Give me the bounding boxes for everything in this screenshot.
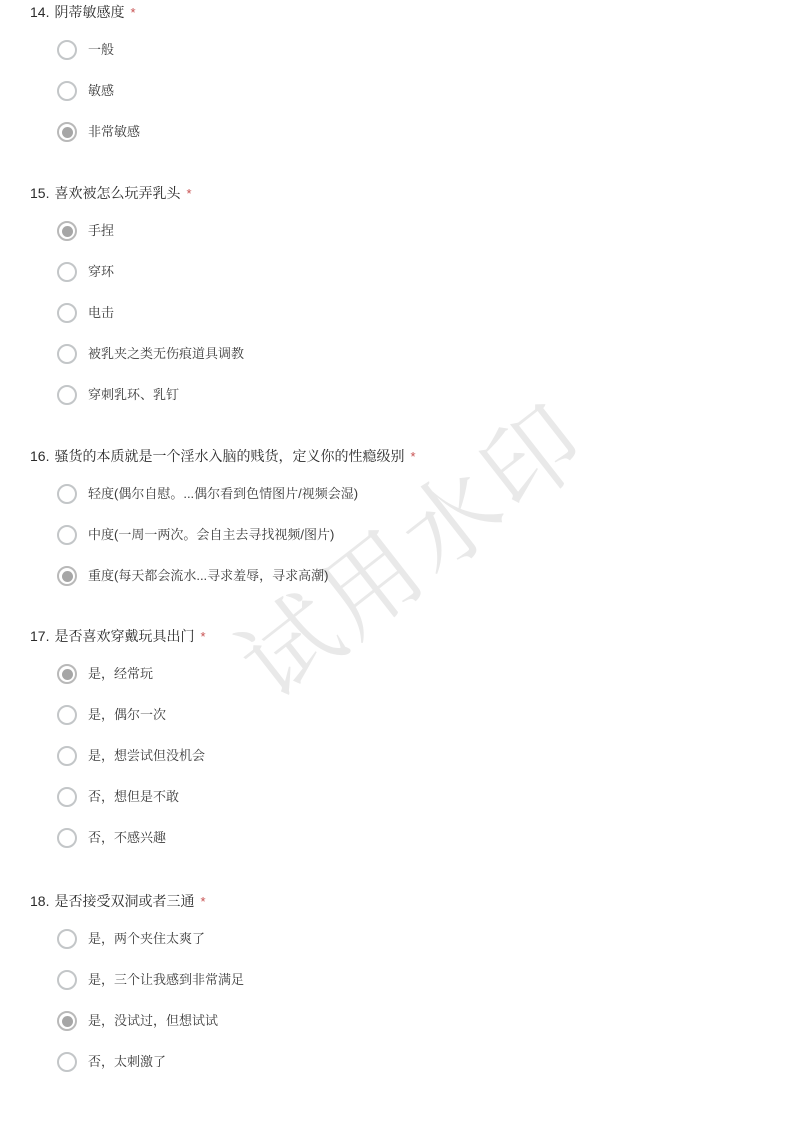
question-title-text: 骚货的本质就是一个淫水入脑的贱货，定义你的性瘾级别 <box>54 448 404 464</box>
question-title: 16.骚货的本质就是一个淫水入脑的贱货，定义你的性瘾级别* <box>30 446 773 467</box>
question-16: 16.骚货的本质就是一个淫水入脑的贱货，定义你的性瘾级别* 轻度(偶尔自慰。..… <box>30 446 773 607</box>
question-title: 15.喜欢被怎么玩弄乳头* <box>30 183 773 204</box>
radio-button-icon[interactable] <box>57 344 77 364</box>
radio-option-label: 一般 <box>88 40 114 60</box>
options-list: 是，经常玩 是，偶尔一次 是，想尝试但没机会 否，想但是不敢 否，不感兴趣 <box>57 664 773 848</box>
radio-button-icon[interactable] <box>57 746 77 766</box>
radio-option[interactable]: 穿刺乳环、乳钉 <box>57 385 773 405</box>
question-number: 14. <box>30 4 49 20</box>
radio-option[interactable]: 是，想尝试但没机会 <box>57 746 773 766</box>
radio-option[interactable]: 敏感 <box>57 81 773 101</box>
radio-button-icon[interactable] <box>57 828 77 848</box>
question-number: 17. <box>30 628 49 644</box>
radio-button-icon[interactable] <box>57 787 77 807</box>
question-15: 15.喜欢被怎么玩弄乳头* 手捏 穿环 电击 被乳夹之类无伤痕道具调教 穿刺乳环… <box>30 183 773 426</box>
options-list: 轻度(偶尔自慰。...偶尔看到色情图片/视频会湿) 中度(一周一两次。会自主去寻… <box>57 484 773 586</box>
radio-option-label: 否，太刺激了 <box>88 1052 166 1072</box>
radio-button-icon[interactable] <box>57 970 77 990</box>
radio-button-icon[interactable] <box>57 929 77 949</box>
radio-option-label: 是，经常玩 <box>88 664 153 684</box>
radio-option-label: 是，没试过，但想试试 <box>88 1011 218 1031</box>
radio-dot-icon <box>62 226 73 237</box>
radio-button-icon[interactable] <box>57 303 77 323</box>
radio-option[interactable]: 电击 <box>57 303 773 323</box>
radio-option[interactable]: 中度(一周一两次。会自主去寻找视频/图片) <box>57 525 773 545</box>
radio-button-icon[interactable] <box>57 484 77 504</box>
radio-option-label: 否，不感兴趣 <box>88 828 166 848</box>
radio-option[interactable]: 重度(每天都会流水...寻求羞辱，寻求高潮) <box>57 566 773 586</box>
form-page: 试用水印 14.阴蒂敏感度* 一般 敏感 非常敏感 15.喜欢被怎么玩弄乳头* <box>0 0 793 1123</box>
question-title: 14.阴蒂敏感度* <box>30 2 773 23</box>
radio-button-icon[interactable] <box>57 705 77 725</box>
radio-option-label: 是，偶尔一次 <box>88 705 166 725</box>
question-17: 17.是否喜欢穿戴玩具出门* 是，经常玩 是，偶尔一次 是，想尝试但没机会 否，… <box>30 626 773 869</box>
radio-button-icon[interactable] <box>57 525 77 545</box>
options-list: 手捏 穿环 电击 被乳夹之类无伤痕道具调教 穿刺乳环、乳钉 <box>57 221 773 405</box>
radio-dot-icon <box>62 571 73 582</box>
radio-option[interactable]: 是，三个让我感到非常满足 <box>57 970 773 990</box>
radio-option-label: 重度(每天都会流水...寻求羞辱，寻求高潮) <box>88 566 329 586</box>
radio-option[interactable]: 被乳夹之类无伤痕道具调教 <box>57 344 773 364</box>
radio-button-icon[interactable] <box>57 566 77 586</box>
radio-option-label: 电击 <box>88 303 114 323</box>
required-asterisk: * <box>200 629 205 644</box>
required-asterisk: * <box>410 449 415 464</box>
required-asterisk: * <box>130 5 135 20</box>
radio-option-label: 是，三个让我感到非常满足 <box>88 970 244 990</box>
required-asterisk: * <box>200 894 205 909</box>
question-title-text: 是否喜欢穿戴玩具出门 <box>54 628 194 644</box>
question-title-text: 阴蒂敏感度 <box>54 4 124 20</box>
radio-option-label: 手捏 <box>88 221 114 241</box>
radio-option-label: 是，两个夹住太爽了 <box>88 929 205 949</box>
radio-option[interactable]: 非常敏感 <box>57 122 773 142</box>
question-number: 18. <box>30 893 49 909</box>
radio-option-label: 中度(一周一两次。会自主去寻找视频/图片) <box>88 525 334 545</box>
radio-option[interactable]: 是，两个夹住太爽了 <box>57 929 773 949</box>
radio-option-label: 被乳夹之类无伤痕道具调教 <box>88 344 244 364</box>
radio-option-label: 敏感 <box>88 81 114 101</box>
radio-button-icon[interactable] <box>57 81 77 101</box>
question-number: 15. <box>30 185 49 201</box>
radio-option[interactable]: 是，没试过，但想试试 <box>57 1011 773 1031</box>
radio-button-icon[interactable] <box>57 122 77 142</box>
question-number: 16. <box>30 448 49 464</box>
options-list: 一般 敏感 非常敏感 <box>57 40 773 142</box>
radio-dot-icon <box>62 1016 73 1027</box>
radio-option[interactable]: 是，偶尔一次 <box>57 705 773 725</box>
question-18: 18.是否接受双洞或者三通* 是，两个夹住太爽了 是，三个让我感到非常满足 是，… <box>30 891 773 1093</box>
question-14: 14.阴蒂敏感度* 一般 敏感 非常敏感 <box>30 2 773 163</box>
radio-option[interactable]: 手捏 <box>57 221 773 241</box>
radio-option-label: 穿刺乳环、乳钉 <box>88 385 179 405</box>
radio-option[interactable]: 轻度(偶尔自慰。...偶尔看到色情图片/视频会湿) <box>57 484 773 504</box>
question-title-text: 喜欢被怎么玩弄乳头 <box>54 185 180 201</box>
radio-dot-icon <box>62 127 73 138</box>
radio-button-icon[interactable] <box>57 40 77 60</box>
radio-option[interactable]: 是，经常玩 <box>57 664 773 684</box>
radio-option-label: 是，想尝试但没机会 <box>88 746 205 766</box>
radio-option-label: 非常敏感 <box>88 122 140 142</box>
radio-button-icon[interactable] <box>57 664 77 684</box>
question-title: 17.是否喜欢穿戴玩具出门* <box>30 626 773 647</box>
radio-option-label: 穿环 <box>88 262 114 282</box>
radio-option[interactable]: 否，太刺激了 <box>57 1052 773 1072</box>
radio-button-icon[interactable] <box>57 262 77 282</box>
radio-option[interactable]: 一般 <box>57 40 773 60</box>
radio-button-icon[interactable] <box>57 221 77 241</box>
question-title-text: 是否接受双洞或者三通 <box>54 893 194 909</box>
radio-button-icon[interactable] <box>57 1011 77 1031</box>
question-title: 18.是否接受双洞或者三通* <box>30 891 773 912</box>
radio-option-label: 轻度(偶尔自慰。...偶尔看到色情图片/视频会湿) <box>88 484 358 504</box>
radio-option[interactable]: 穿环 <box>57 262 773 282</box>
radio-button-icon[interactable] <box>57 1052 77 1072</box>
radio-button-icon[interactable] <box>57 385 77 405</box>
radio-option[interactable]: 否，想但是不敢 <box>57 787 773 807</box>
radio-option[interactable]: 否，不感兴趣 <box>57 828 773 848</box>
radio-dot-icon <box>62 669 73 680</box>
required-asterisk: * <box>186 186 191 201</box>
radio-option-label: 否，想但是不敢 <box>88 787 179 807</box>
options-list: 是，两个夹住太爽了 是，三个让我感到非常满足 是，没试过，但想试试 否，太刺激了 <box>57 929 773 1072</box>
